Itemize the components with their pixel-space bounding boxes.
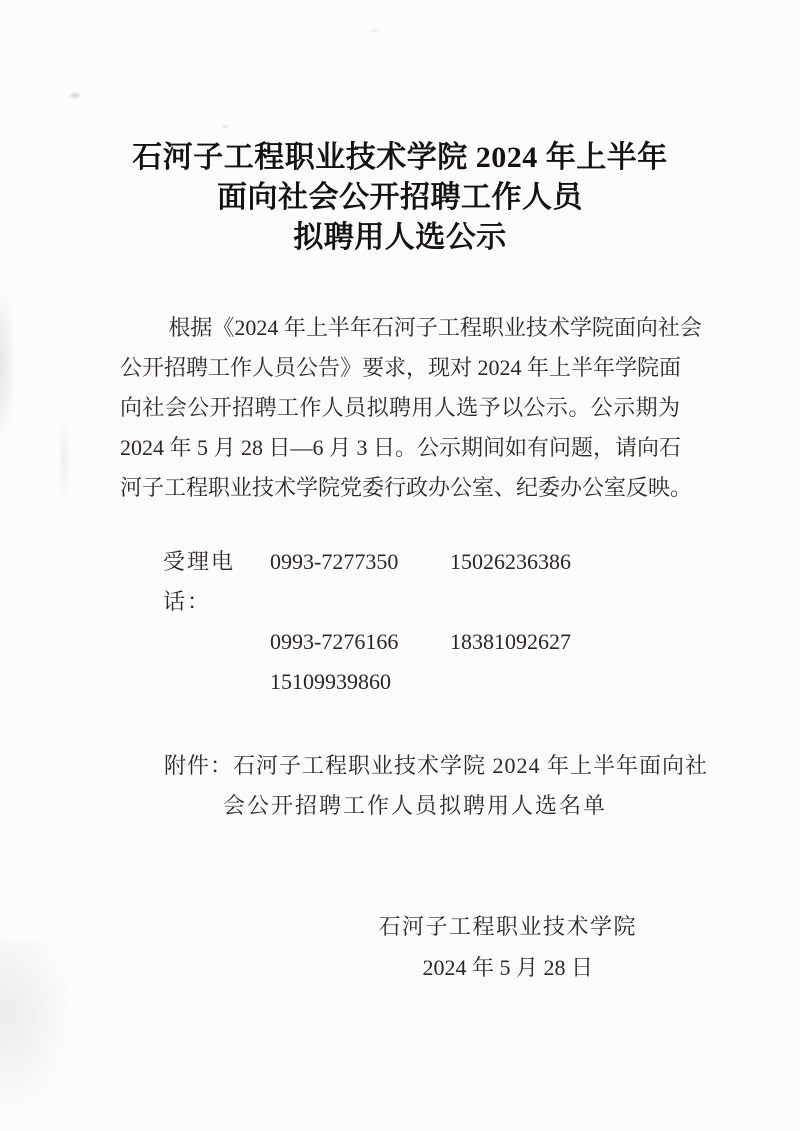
phone-row: 15109939860 <box>163 662 680 702</box>
title-line-1: 石河子工程职业技术学院 2024 年上半年 <box>120 138 680 178</box>
document-content: 石河子工程职业技术学院 2024 年上半年 面向社会公开招聘工作人员 拟聘用人选… <box>0 0 800 988</box>
phone-row: 0993-7276166 18381092627 <box>163 622 680 662</box>
title-line-3: 拟聘用人选公示 <box>120 218 680 258</box>
phone-number <box>450 662 680 702</box>
paragraph-line: 河子工程职业技术学院党委行政办公室、纪委办公室反映。 <box>120 468 680 508</box>
signature-organization: 石河子工程职业技术学院 <box>378 906 637 947</box>
phone-number: 15026236386 <box>450 542 680 622</box>
document-title: 石河子工程职业技术学院 2024 年上半年 面向社会公开招聘工作人员 拟聘用人选… <box>120 0 680 258</box>
phone-number: 15109939860 <box>270 662 450 702</box>
scanned-document-page: 石河子工程职业技术学院 2024 年上半年 面向社会公开招聘工作人员 拟聘用人选… <box>0 0 800 1131</box>
title-line-2: 面向社会公开招聘工作人员 <box>120 178 680 218</box>
phone-number: 18381092627 <box>450 622 680 662</box>
signature-block: 石河子工程职业技术学院 2024 年 5 月 28 日 <box>378 906 637 988</box>
announcement-paragraph: 根据《2024 年上半年石河子工程职业技术学院面向社会 公开招聘工作人员公告》要… <box>120 308 680 508</box>
phone-number: 0993-7277350 <box>270 542 450 622</box>
phone-section: 受理电话： 0993-7277350 15026236386 0993-7276… <box>163 542 680 702</box>
paragraph-line: 根据《2024 年上半年石河子工程职业技术学院面向社会 <box>120 308 680 348</box>
phone-label-spacer <box>163 622 270 662</box>
phone-label-spacer <box>163 662 270 702</box>
paragraph-line: 公开招聘工作人员公告》要求，现对 2024 年上半年学院面 <box>120 348 680 388</box>
paragraph-line: 向社会公开招聘工作人员拟聘用人选予以公示。公示期为 <box>120 388 680 428</box>
phone-section-label: 受理电话： <box>163 542 270 622</box>
phone-number: 0993-7276166 <box>270 622 450 662</box>
attachment-line-2: 会公开招聘工作人员拟聘用人选名单 <box>120 786 680 826</box>
signature-date: 2024 年 5 月 28 日 <box>422 947 593 988</box>
attachment-line-1: 附件：石河子工程职业技术学院 2024 年上半年面向社 <box>120 746 680 786</box>
paragraph-line: 2024 年 5 月 28 日—6 月 3 日。公示期间如有问题，请向石 <box>120 428 680 468</box>
attachment-note: 附件：石河子工程职业技术学院 2024 年上半年面向社 会公开招聘工作人员拟聘用… <box>120 746 680 826</box>
phone-row: 受理电话： 0993-7277350 15026236386 <box>163 542 680 622</box>
